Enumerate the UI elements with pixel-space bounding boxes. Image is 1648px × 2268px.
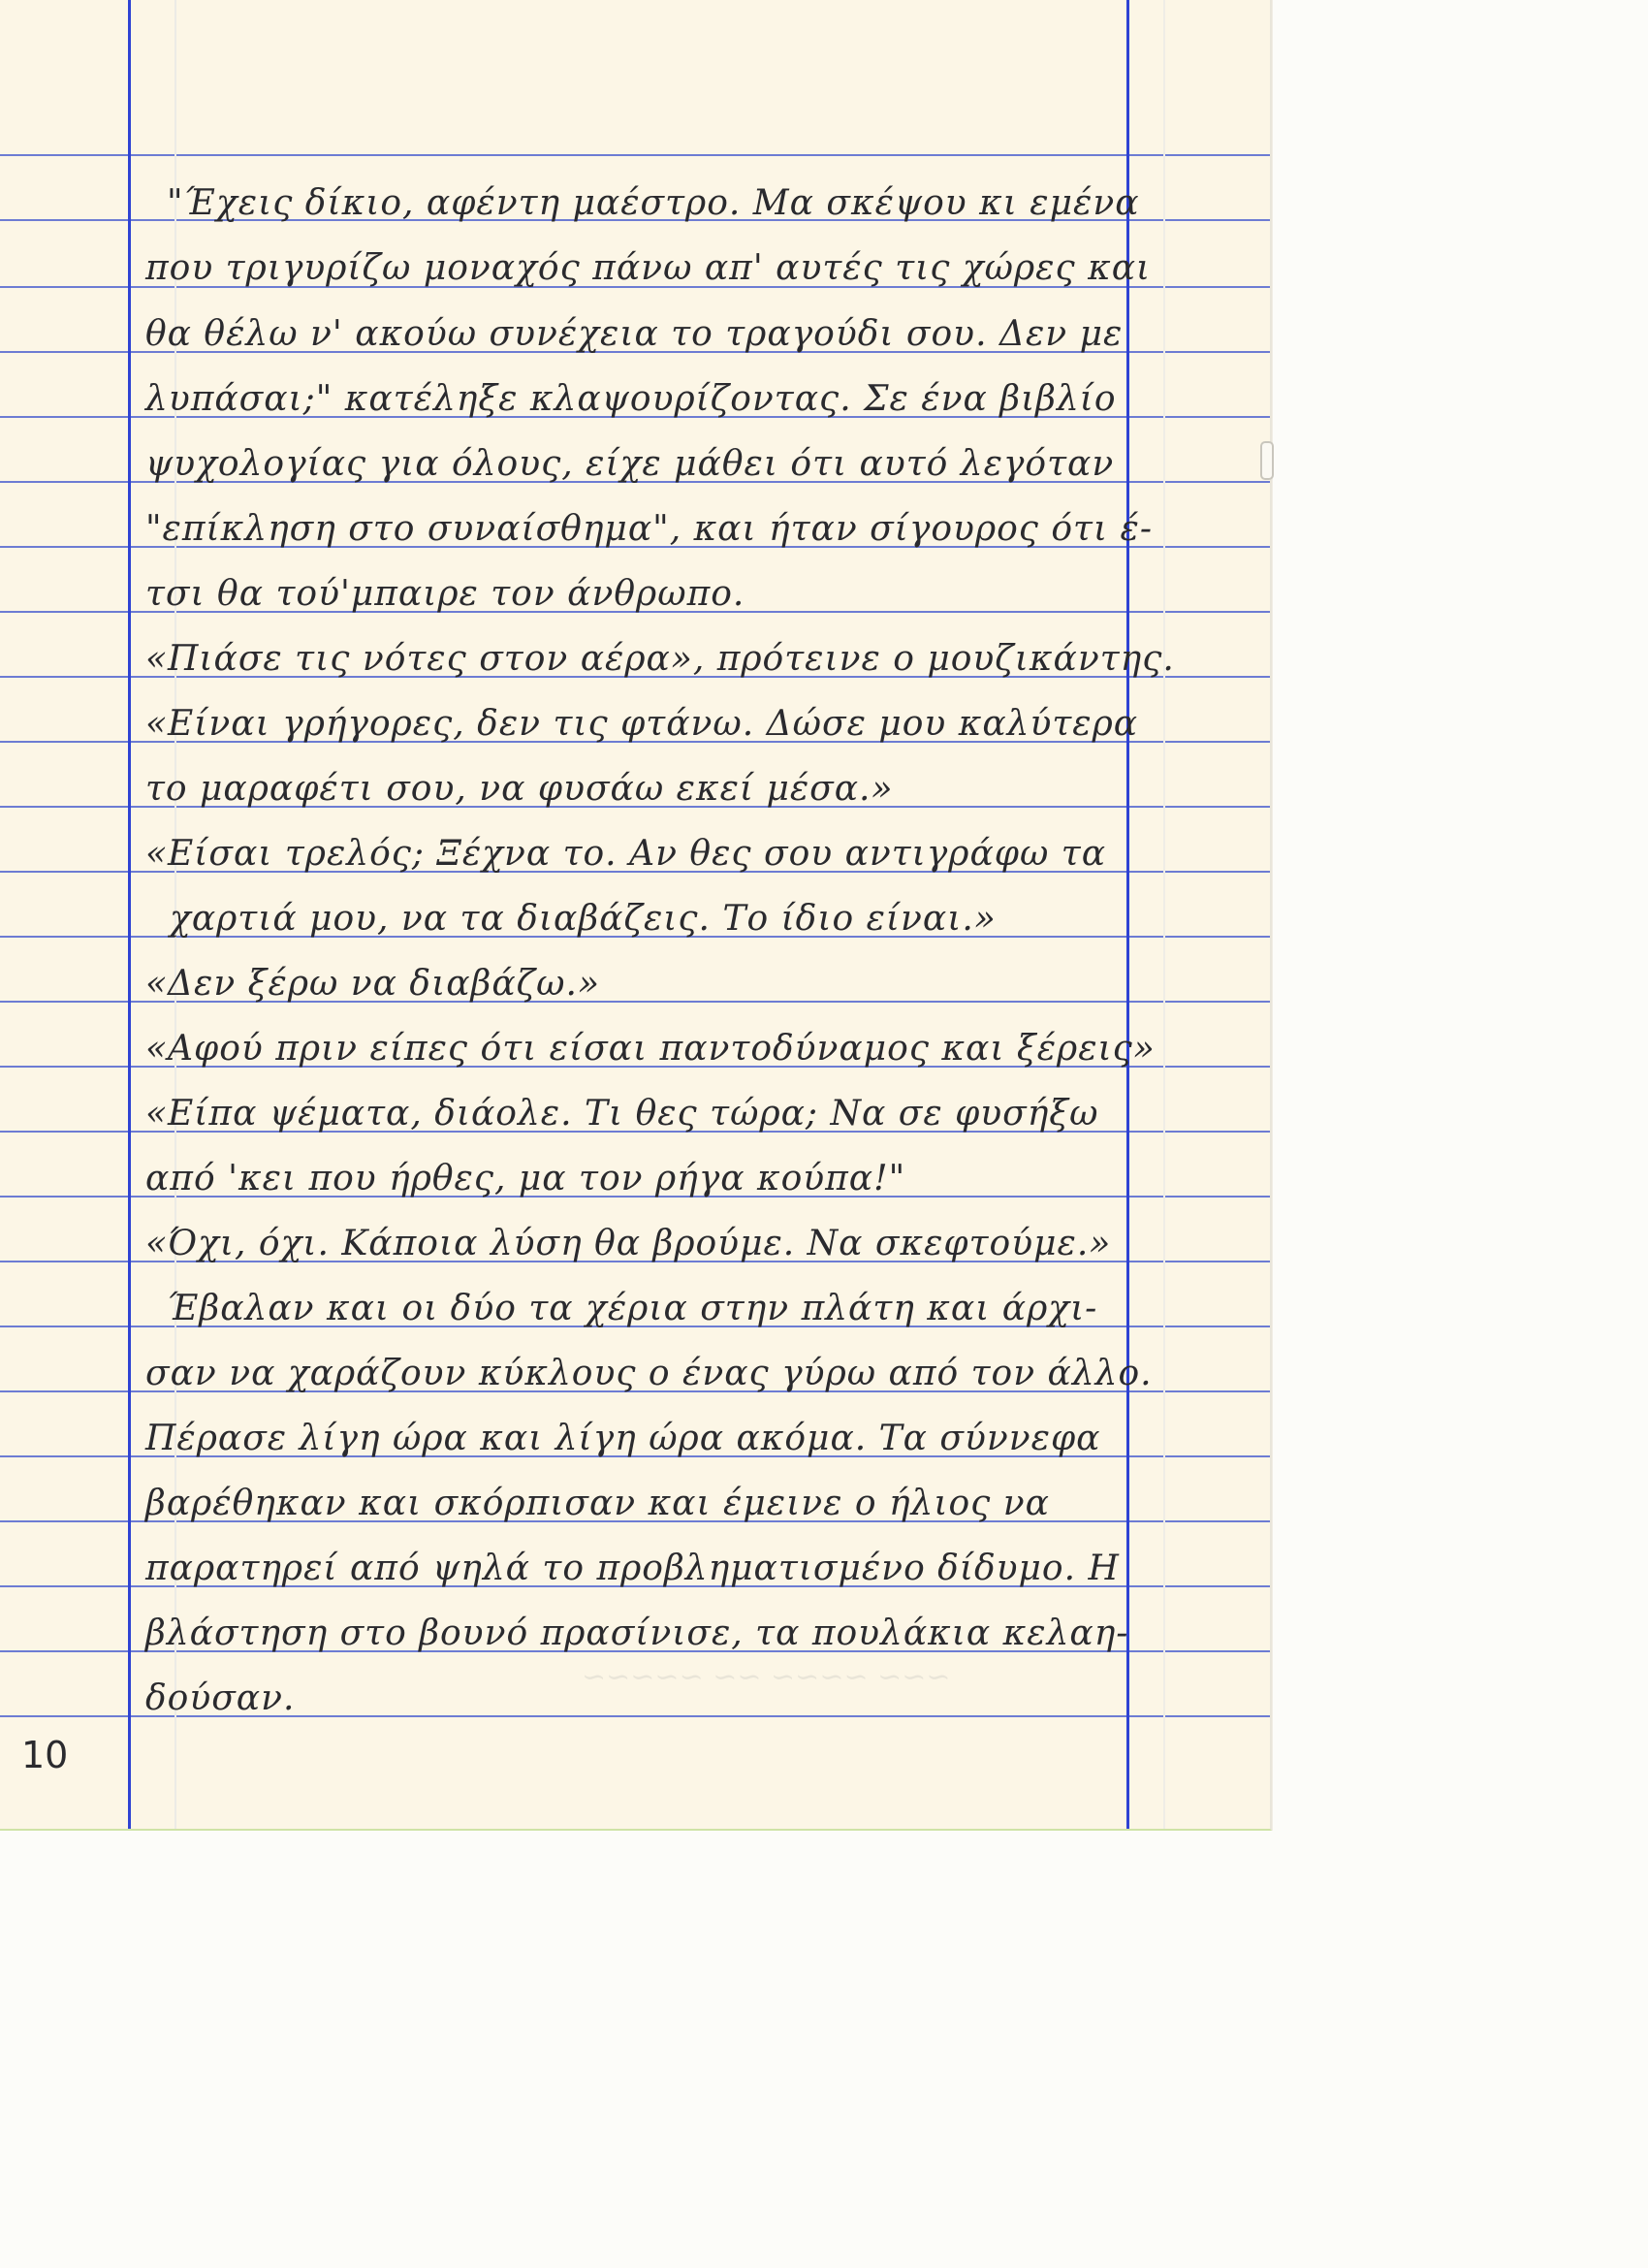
handwritten-line: σαν να χαράζουν κύκλους ο ένας γύρω από … xyxy=(145,1341,1125,1406)
handwritten-line: «Είπα ψέματα, διάολε. Τι θες τώρα; Να σε… xyxy=(145,1081,1125,1146)
torn-binding-hole xyxy=(1260,441,1274,480)
handwritten-line: «Δεν ξέρω να διαβάζω.» xyxy=(145,951,1125,1016)
handwritten-line: «Όχι, όχι. Κάποια λύση θα βρούμε. Να σκε… xyxy=(145,1211,1125,1276)
handwritten-line: από 'κει που ήρθες, μα τον ρήγα κούπα!" xyxy=(145,1146,1125,1211)
handwritten-line: «Αφού πριν είπες ότι είσαι παντοδύναμος … xyxy=(145,1016,1125,1081)
scanned-page: ~~~ ~~~~ ~~ ~~~~~ "Έχεις δίκιο, αφέντη μ… xyxy=(0,0,1648,2268)
handwritten-line: τσι θα τού'μπαιρε τον άνθρωπο. xyxy=(145,561,1125,626)
page-number: 10 xyxy=(21,1734,68,1776)
handwritten-line: το μαραφέτι σου, να φυσάω εκεί μέσα.» xyxy=(145,756,1125,821)
handwritten-line: «Είναι γρήγορες, δεν τις φτάνω. Δώσε μου… xyxy=(145,691,1125,756)
handwritten-line: που τριγυρίζω μοναχός πάνω απ' αυτές τις… xyxy=(145,236,1125,301)
handwritten-line: βλάστηση στο βουνό πρασίνισε, τα πουλάκι… xyxy=(145,1601,1125,1666)
handwritten-line: βαρέθηκαν και σκόρπισαν και έμεινε ο ήλι… xyxy=(145,1471,1125,1536)
handwritten-line: θα θέλω ν' ακούω συνέχεια το τραγούδι σο… xyxy=(145,302,1125,367)
handwritten-line: δούσαν. xyxy=(145,1666,1125,1731)
handwritten-line: «Είσαι τρελός; Ξέχνα το. Αν θες σου αντι… xyxy=(145,821,1125,886)
handwritten-line: "επίκληση στο συναίσθημα", και ήταν σίγο… xyxy=(145,496,1125,561)
right-margin-shadow-line xyxy=(1163,0,1165,1829)
handwritten-line: λυπάσαι;" κατέληξε κλαψουρίζοντας. Σε έν… xyxy=(145,367,1125,431)
handwritten-line: χαρτιά μου, να τα διαβάζεις. Το ίδιο είν… xyxy=(170,886,1149,951)
handwritten-line: παρατηρεί από ψηλά το προβληματισμένο δί… xyxy=(145,1536,1125,1601)
handwritten-line: «Πιάσε τις νότες στον αέρα», πρότεινε ο … xyxy=(145,626,1125,691)
notebook-paper: ~~~ ~~~~ ~~ ~~~~~ "Έχεις δίκιο, αφέντη μ… xyxy=(0,0,1272,1831)
left-margin-line xyxy=(128,0,131,1829)
handwritten-line: "Έχεις δίκιο, αφέντη μαέστρο. Μα σκέψου … xyxy=(167,171,1146,236)
handwritten-line: ψυχολογίας για όλους, είχε μάθει ότι αυτ… xyxy=(145,431,1125,496)
ruled-line xyxy=(0,154,1270,156)
handwritten-line: Πέρασε λίγη ώρα και λίγη ώρα ακόμα. Τα σ… xyxy=(145,1406,1125,1471)
handwritten-line: Έβαλαν και οι δύο τα χέρια στην πλάτη κα… xyxy=(167,1276,1146,1341)
